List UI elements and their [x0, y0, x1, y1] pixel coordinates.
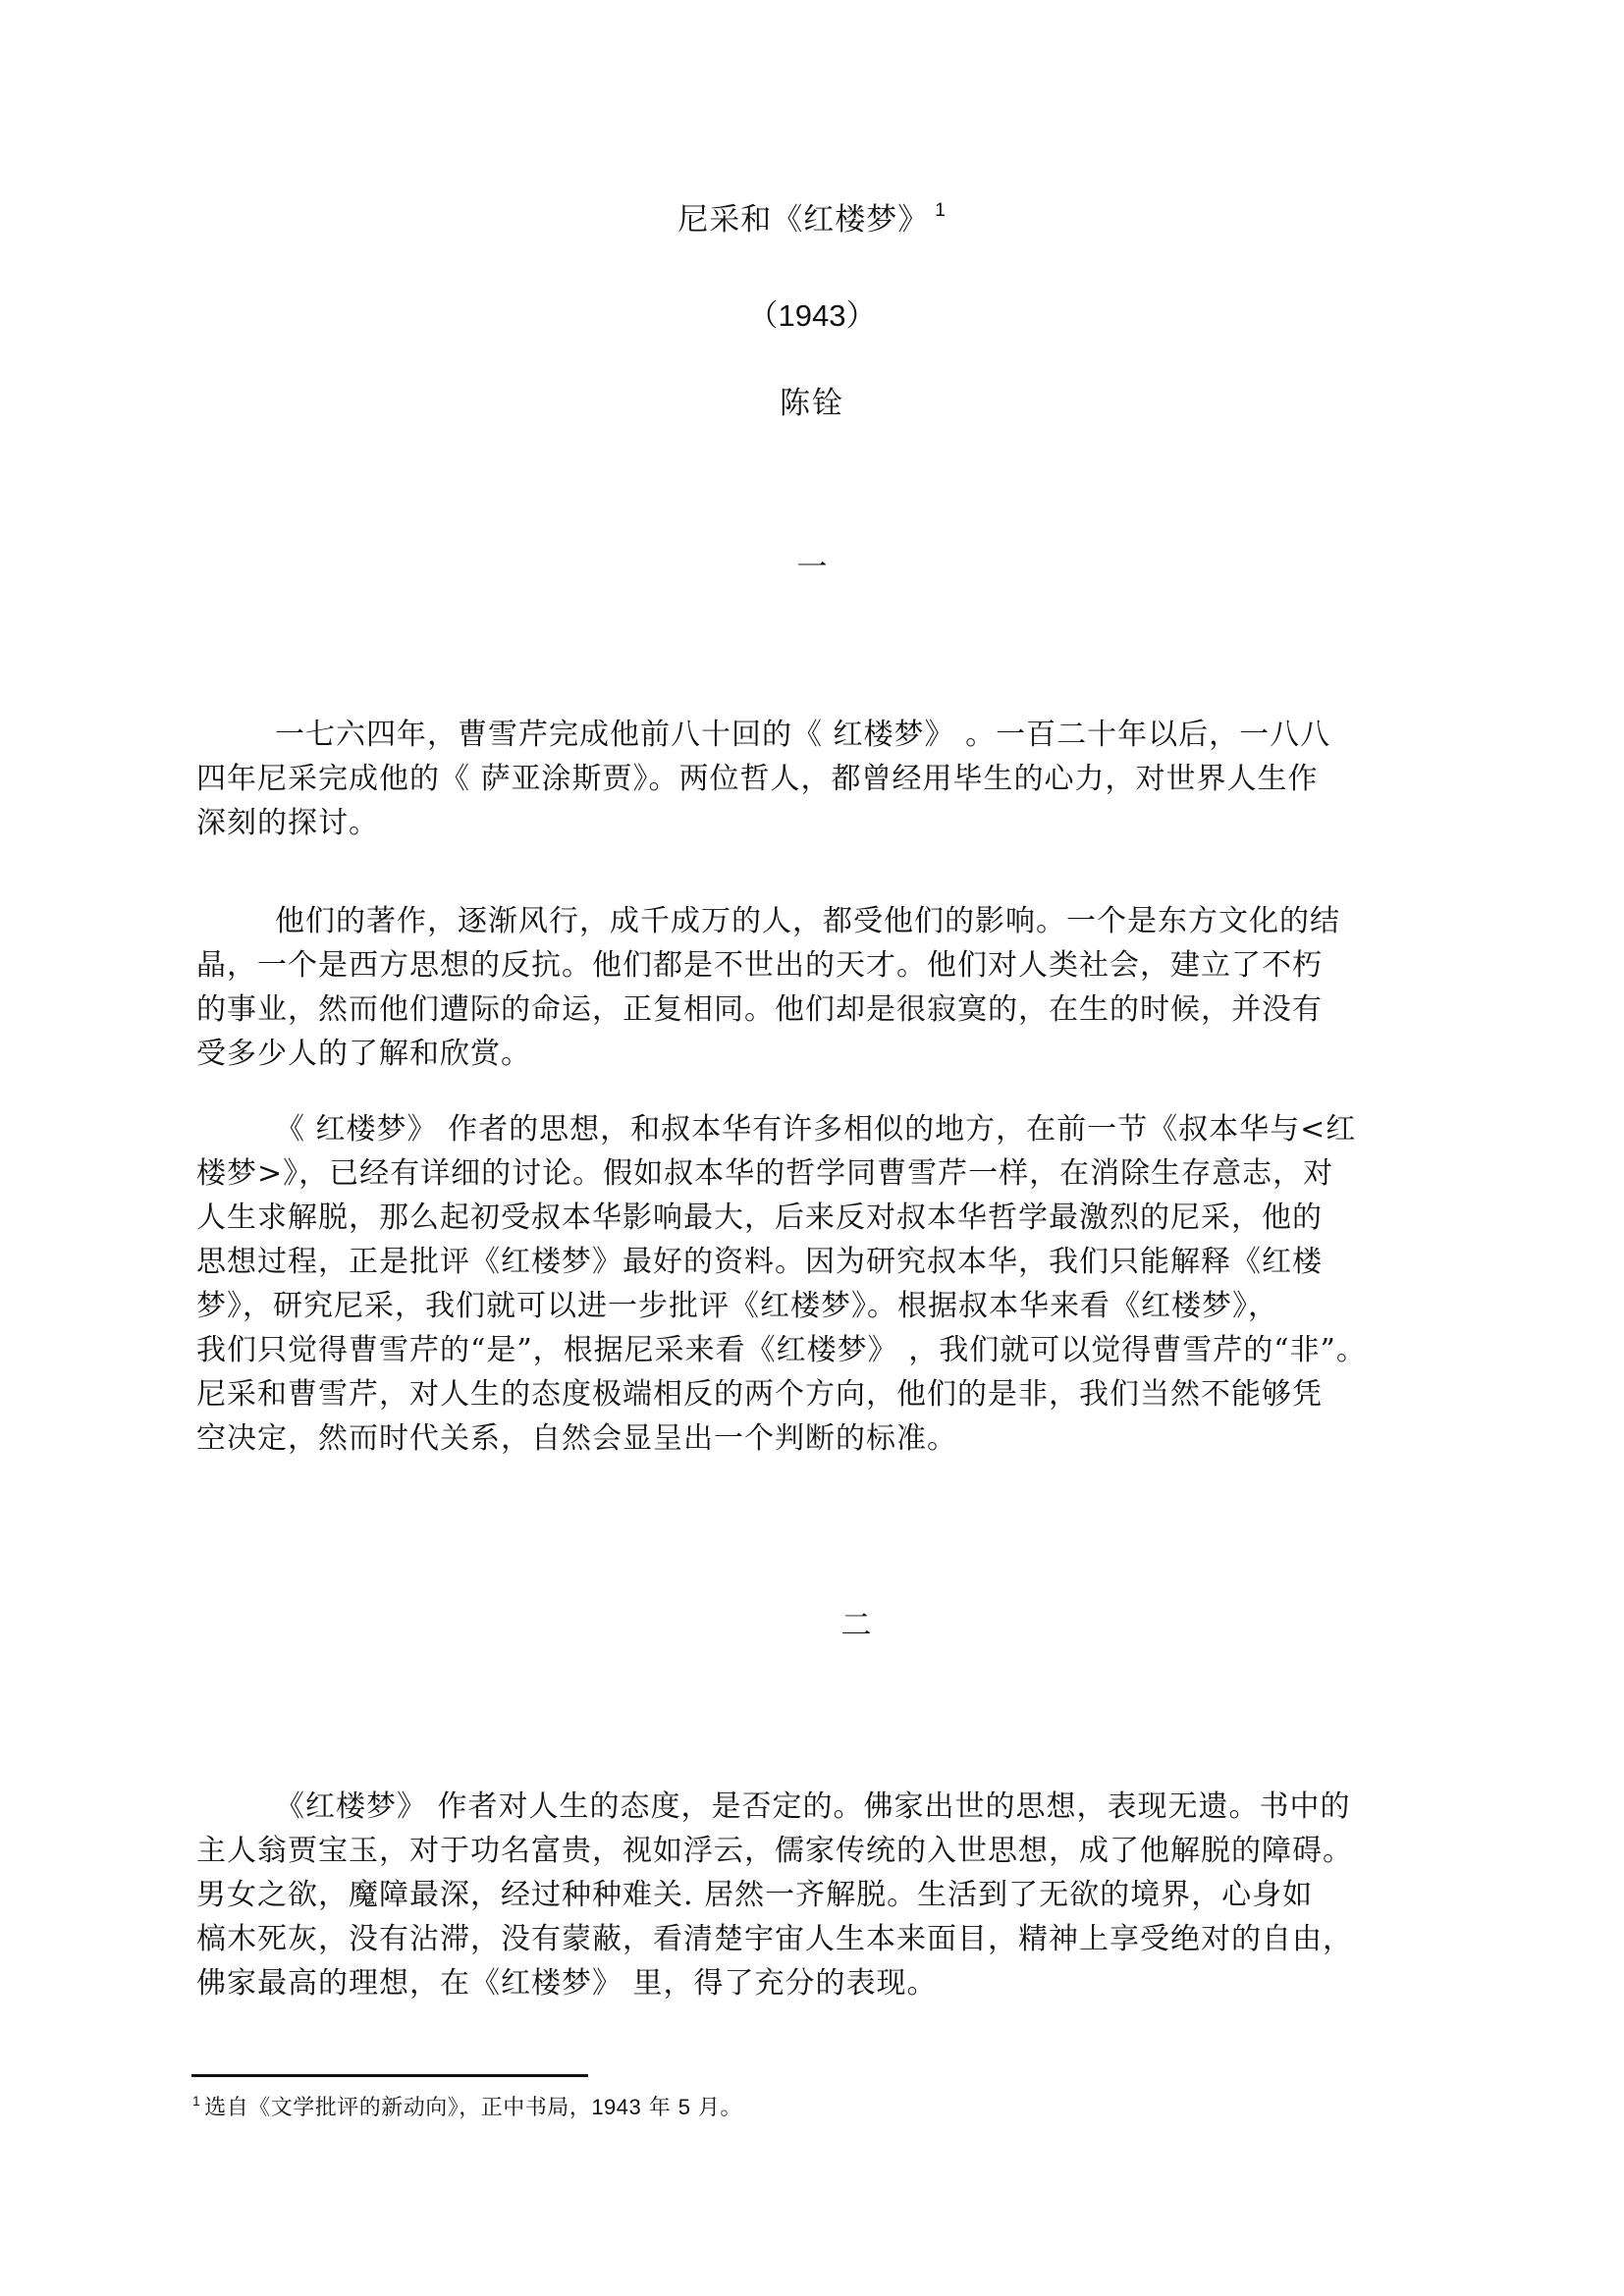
paragraph-line: 深刻的探讨。 — [196, 806, 379, 841]
section-heading-2: 二 — [44, 1600, 1624, 1644]
title-footnote-ref[interactable]: 1 — [935, 200, 947, 221]
paragraph-line: 晶，一个是西方思想的反抗。他们都是不世出的天才。他们对人类社会，建立了不朽 — [196, 948, 1323, 984]
paragraph-line: 受多少人的了解和欣赏。 — [196, 1037, 531, 1072]
paragraph-line: 空决定，然而时代关系，自然会显呈出一个判断的标准。 — [196, 1421, 957, 1457]
paragraph-line: 思想过程，正是批评《红楼梦》最好的资料。因为研究叔本华，我们只能解释《红楼 — [196, 1245, 1323, 1280]
paragraph-line: 《 红楼梦》 作者的思想，和叔本华有许多相似的地方，在前一节《叔本华与<红 — [275, 1112, 1356, 1148]
paragraph-line: 人生求解脱，那么起初受叔本华影响最大，后来反对叔本华哲学最激烈的尼采，他的 — [196, 1201, 1323, 1236]
paragraph-line: 楼梦>》，已经有详细的讨论。假如叔本华的哲学同曹雪芹一样，在消除生存意志，对 — [196, 1156, 1333, 1192]
paragraph-line: 我们只觉得曹雪芹的“是”，根据尼采来看《红楼梦》 ，我们就可以觉得曹雪芹的“非”… — [196, 1333, 1367, 1368]
footnote-year: 1943 — [591, 2095, 641, 2119]
document-page: 尼采和《红楼梦》1 （1943） 陈铨 一 一七六四年，曹雪芹完成他前八十回的《… — [0, 0, 1624, 2296]
paragraph-line: 他们的著作，逐渐风行，成千成万的人，都受他们的影响。一个是东方文化的结 — [275, 904, 1340, 939]
paragraph-line: 的事业，然而他们遭际的命运，正复相同。他们却是很寂寞的，在生的时候，并没有 — [196, 992, 1323, 1028]
paragraph-line: 一七六四年，曹雪芹完成他前八十回的《 红楼梦》 。一百二十年以后，一八八 — [275, 718, 1330, 753]
paragraph-line: 四年尼采完成他的《 萨亚涂斯贾》。两位哲人，都曾经用毕生的心力，对世界人生作 — [196, 762, 1319, 797]
footnote-separator — [191, 2074, 588, 2077]
year-open-paren: （ — [748, 298, 779, 334]
document-year: （1943） — [0, 291, 1624, 335]
paragraph-line: 男女之欲，魔障最深，经过种种难关. 居然一齐解脱。生活到了无欲的境界，心身如 — [196, 1878, 1313, 1913]
footnote-month: 5 — [678, 2095, 691, 2119]
paragraph-line: 梦》，研究尼采，我们就可以进一步批评《红楼梦》。根据叔本华来看《红楼梦》， — [196, 1289, 1278, 1324]
footnote: 1选自《文学批评的新动向》，正中书局，1943 年 5 月。 — [192, 2091, 742, 2121]
title-text: 尼采和《红楼梦》 — [677, 202, 929, 238]
footnote-year-suffix: 年 — [641, 2096, 678, 2120]
paragraph-line: 佛家最高的理想，在《红楼梦》 里，得了充分的表现。 — [196, 1966, 938, 2002]
footnote-source: 选自《文学批评的新动向》，正中书局， — [204, 2096, 591, 2120]
section-heading-1: 一 — [0, 542, 1624, 586]
document-author: 陈铨 — [0, 378, 1624, 422]
paragraph-line: 《红楼梦》 作者对人生的态度，是否定的。佛家出世的思想，表现无遗。书中的 — [275, 1789, 1351, 1825]
document-title: 尼采和《红楼梦》1 — [0, 194, 1624, 239]
paragraph-line: 尼采和曹雪芹，对人生的态度极端相反的两个方向，他们的是非，我们当然不能够凭 — [196, 1377, 1323, 1413]
year-value: 1943 — [779, 298, 846, 333]
paragraph-line: 主人翁贾宝玉，对于功名富贵，视如浮云，儒家传统的入世思想，成了他解脱的障碍。 — [196, 1834, 1353, 1869]
year-close-paren: ） — [845, 298, 876, 334]
paragraph-line: 槁木死灰，没有沾滞，没有蒙蔽，看清楚宇宙人生本来面目，精神上享受绝对的自由， — [196, 1922, 1353, 1957]
footnote-number: 1 — [192, 2093, 200, 2109]
footnote-month-suffix: 月。 — [691, 2096, 743, 2120]
